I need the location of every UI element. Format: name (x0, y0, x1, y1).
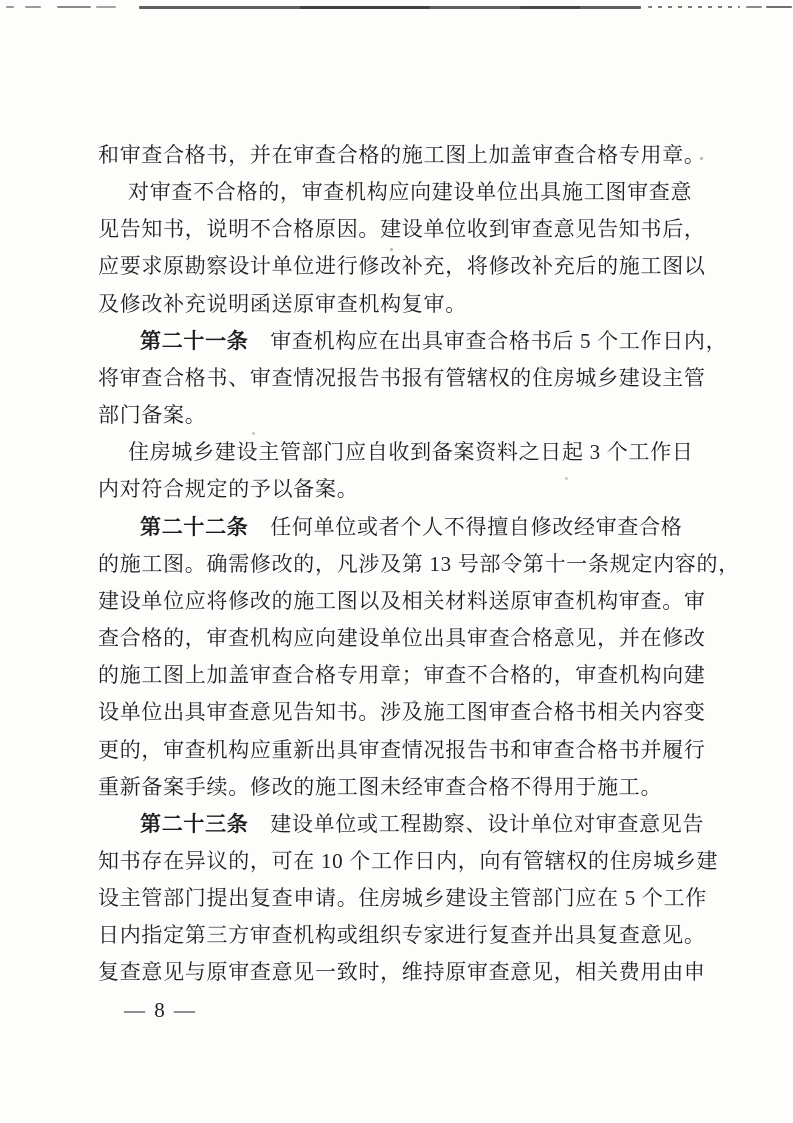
text-line: 部门备案。 (98, 397, 712, 434)
text-line: 的施工图上加盖审查合格专用章；审查不合格的，审查机构向建 (98, 657, 712, 694)
scan-edge-segment (57, 6, 91, 8)
text-line: 查合格的，审查机构应向建设单位出具审查合格意见，并在修改 (98, 620, 712, 657)
text-line: 建设单位应将修改的施工图以及相关材料送原审查机构审查。审 (98, 583, 712, 620)
text-line: 第二十二条 任何单位或者个人不得擅自修改经审查合格 (98, 509, 712, 546)
text-line: 住房城乡建设主管部门应自收到备案资料之日起 3 个工作日 (98, 434, 712, 471)
text-line: 将审查合格书、审查情况报告书报有管辖权的住房城乡建设主管 (98, 360, 712, 397)
text-line: 第二十三条 建设单位或工程勘察、设计单位对审查意见告 (98, 806, 712, 843)
text-line: 重新备案手续。修改的施工图未经审查合格不得用于施工。 (98, 769, 712, 806)
scan-edge-segment (25, 6, 41, 8)
text-line: 的施工图。确需修改的，凡涉及第 13 号部令第十一条规定内容的， (98, 546, 712, 583)
text-line: 对审查不合格的，审查机构应向建设单位出具施工图审查意 (98, 174, 712, 211)
article-number: 第二十二条 (140, 515, 249, 539)
scanned-document-page: 和审查合格书，并在审查合格的施工图上加盖审查合格专用章。对审查不合格的，审查机构… (0, 0, 793, 1123)
scan-edge-segment (520, 6, 580, 9)
scan-edge-segment (766, 6, 792, 8)
text-line: 设单位出具审查意见告知书。涉及施工图审查合格书相关内容变 (98, 694, 712, 731)
text-line: 知书存在异议的，可在 10 个工作日内，向有管辖权的住房城乡建 (98, 843, 712, 880)
scan-edge-segment (746, 6, 762, 8)
text-line: 及修改补充说明函送原审查机构复审。 (98, 286, 712, 323)
text-line: 内对符合规定的予以备案。 (98, 471, 712, 508)
text-line: 第二十一条 审查机构应在出具审查合格书后 5 个工作日内， (98, 323, 712, 360)
text-line: 复查意见与原审查意见一致时，维持原审查意见，相关费用由申 (98, 954, 712, 991)
article-number: 第二十三条 (140, 812, 249, 836)
document-lines: 和审查合格书，并在审查合格的施工图上加盖审查合格专用章。对审查不合格的，审查机构… (98, 137, 712, 992)
page-number: — 8 — (124, 998, 197, 1023)
scan-edge-segment (300, 6, 430, 9)
text-line: 设主管部门提出复查申请。住房城乡建设主管部门应在 5 个工作 (98, 880, 712, 917)
scan-edge-segment (96, 6, 116, 8)
text-line: 应要求原勘察设计单位进行修改补充，将修改补充后的施工图以 (98, 248, 712, 285)
text-line: 日内指定第三方审查机构或组织专家进行复查并出具复查意见。 (98, 917, 712, 954)
scan-edge-segment (6, 6, 14, 8)
text-line: 和审查合格书，并在审查合格的施工图上加盖审查合格专用章。 (98, 137, 712, 174)
scan-edge-segment (648, 6, 740, 8)
text-line: 更的，审查机构应重新出具审查情况报告书和审查合格书并履行 (98, 732, 712, 769)
article-number: 第二十一条 (140, 329, 249, 353)
text-line: 见告知书，说明不合格原因。建设单位收到审查意见告知书后， (98, 211, 712, 248)
